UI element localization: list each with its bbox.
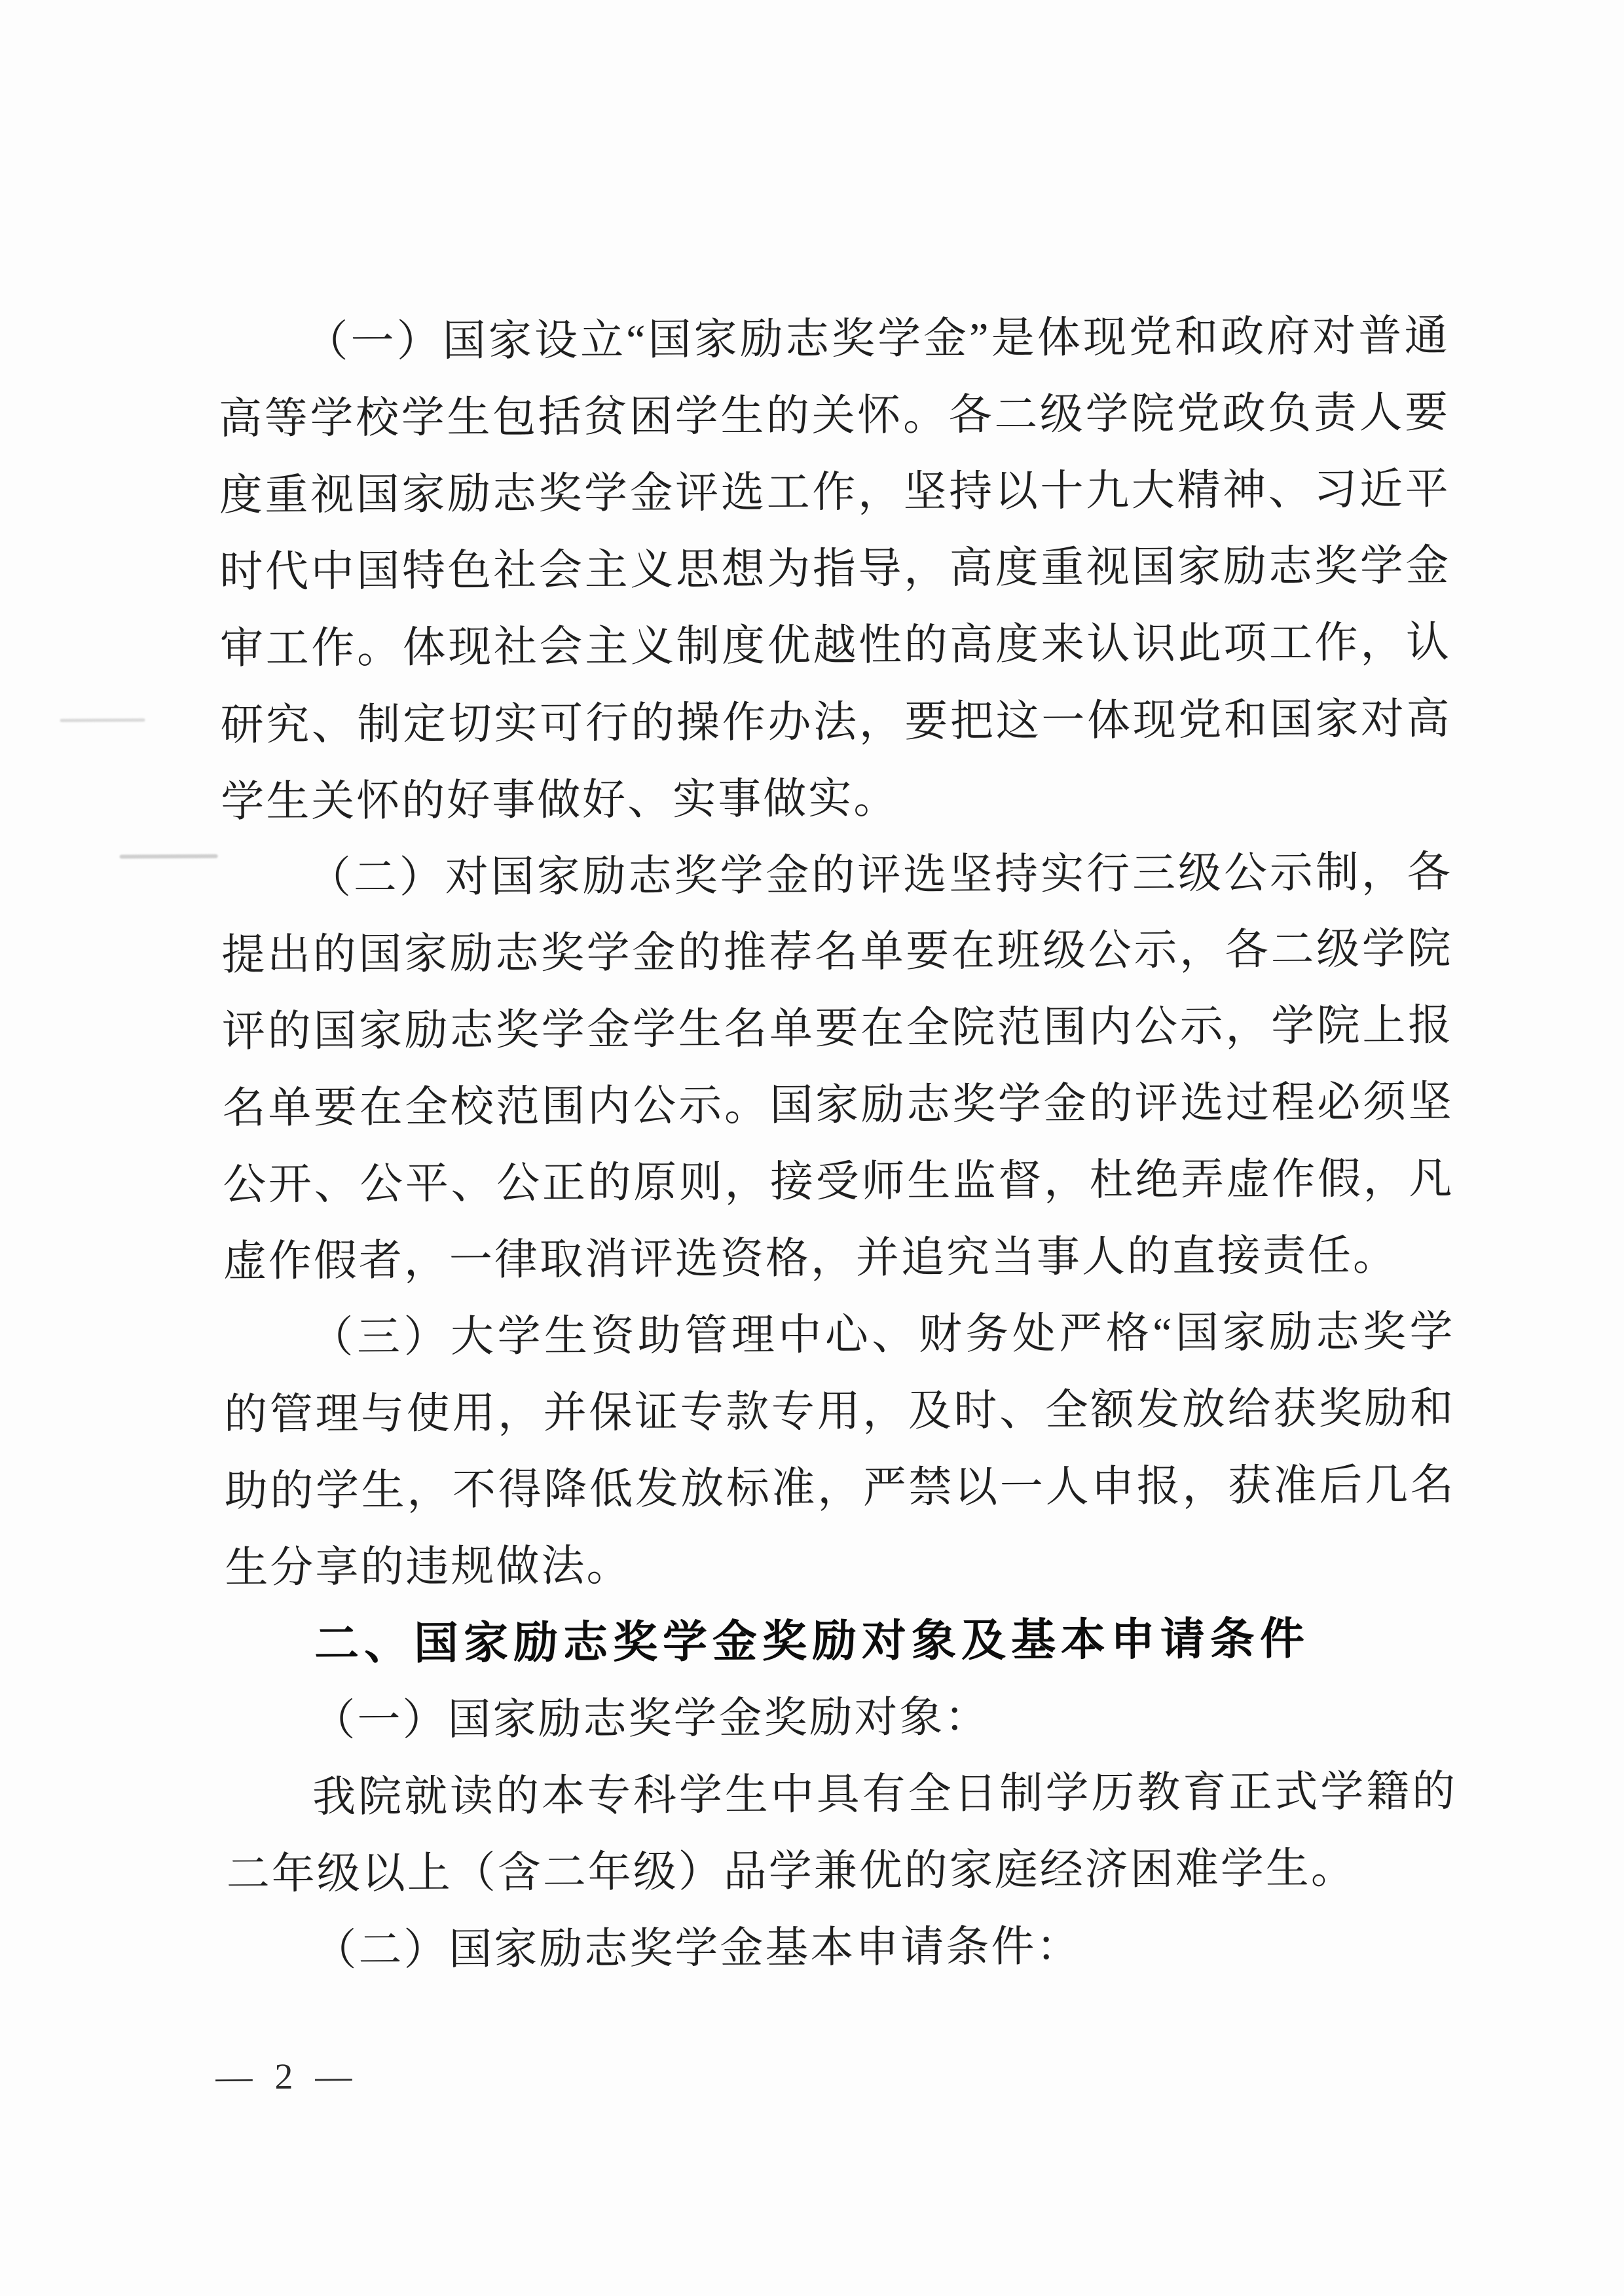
doc-line: （二）对国家励志奖学金的评选坚持实行三级公示制，各班	[221, 834, 1453, 917]
doc-line: 评的国家励志奖学金学生名单要在全院范围内公示，学院上报的	[222, 987, 1454, 1070]
doc-line: 学生关怀的好事做好、实事做实。	[221, 757, 1452, 841]
doc-line: 审工作。体现社会主义制度优越性的高度来认识此项工作，认真	[220, 604, 1452, 687]
doc-line: 公开、公平、公正的原则，接受师生监督，杜绝弄虚作假，凡弄	[223, 1140, 1454, 1224]
doc-line: 助的学生，不得降低发放标准，严禁以一人申报，获准后几名学	[224, 1447, 1456, 1530]
doc-line: （二）国家励志奖学金基本申请条件：	[227, 1906, 1458, 1990]
page-number: — 2 —	[215, 2056, 358, 2098]
scan-artifact	[120, 854, 218, 859]
doc-line: （一）国家励志奖学金奖励对象：	[225, 1677, 1457, 1760]
doc-line: 我院就读的本专科学生中具有全日制学历教育正式学籍的	[226, 1753, 1458, 1836]
doc-line: 度重视国家励志奖学金评选工作，坚持以十九大精神、习近平新	[219, 451, 1450, 534]
doc-line: 虚作假者，一律取消评选资格，并追究当事人的直接责任。	[223, 1217, 1455, 1300]
section-heading: 二、国家励志奖学金奖励对象及基本申请条件	[225, 1600, 1457, 1683]
doc-line: 二年级以上（含二年级）品学兼优的家庭经济困难学生。	[226, 1830, 1458, 1913]
doc-line: 的管理与使用，并保证专款专用，及时、全额发放给获奖励和资	[224, 1370, 1456, 1453]
doc-line: 研究、制定切实可行的操作办法，要把这一体现党和国家对高校	[220, 681, 1452, 764]
doc-line: 提出的国家励志奖学金的推荐名单要在班级公示，各二级学院初	[221, 911, 1453, 994]
doc-line: 名单要在全校范围内公示。国家励志奖学金的评选过程必须坚持	[222, 1064, 1454, 1147]
document-body: （一）国家设立“国家励志奖学金”是体现党和政府对普通 高等学校学生包括贫困学生的…	[218, 298, 1458, 1990]
doc-line: （一）国家设立“国家励志奖学金”是体现党和政府对普通	[218, 298, 1450, 381]
doc-line: 高等学校学生包括贫困学生的关怀。各二级学院党政负责人要高	[219, 374, 1450, 458]
doc-line: 时代中国特色社会主义思想为指导，高度重视国家励志奖学金评	[219, 528, 1451, 611]
doc-line: 生分享的违规做法。	[225, 1523, 1456, 1607]
document-page: （一）国家设立“国家励志奖学金”是体现党和政府对普通 高等学校学生包括贫困学生的…	[0, 0, 1624, 2296]
doc-line: （三）大学生资助管理中心、财务处严格“国家励志奖学金”	[223, 1294, 1455, 1377]
scan-artifact	[60, 718, 145, 722]
